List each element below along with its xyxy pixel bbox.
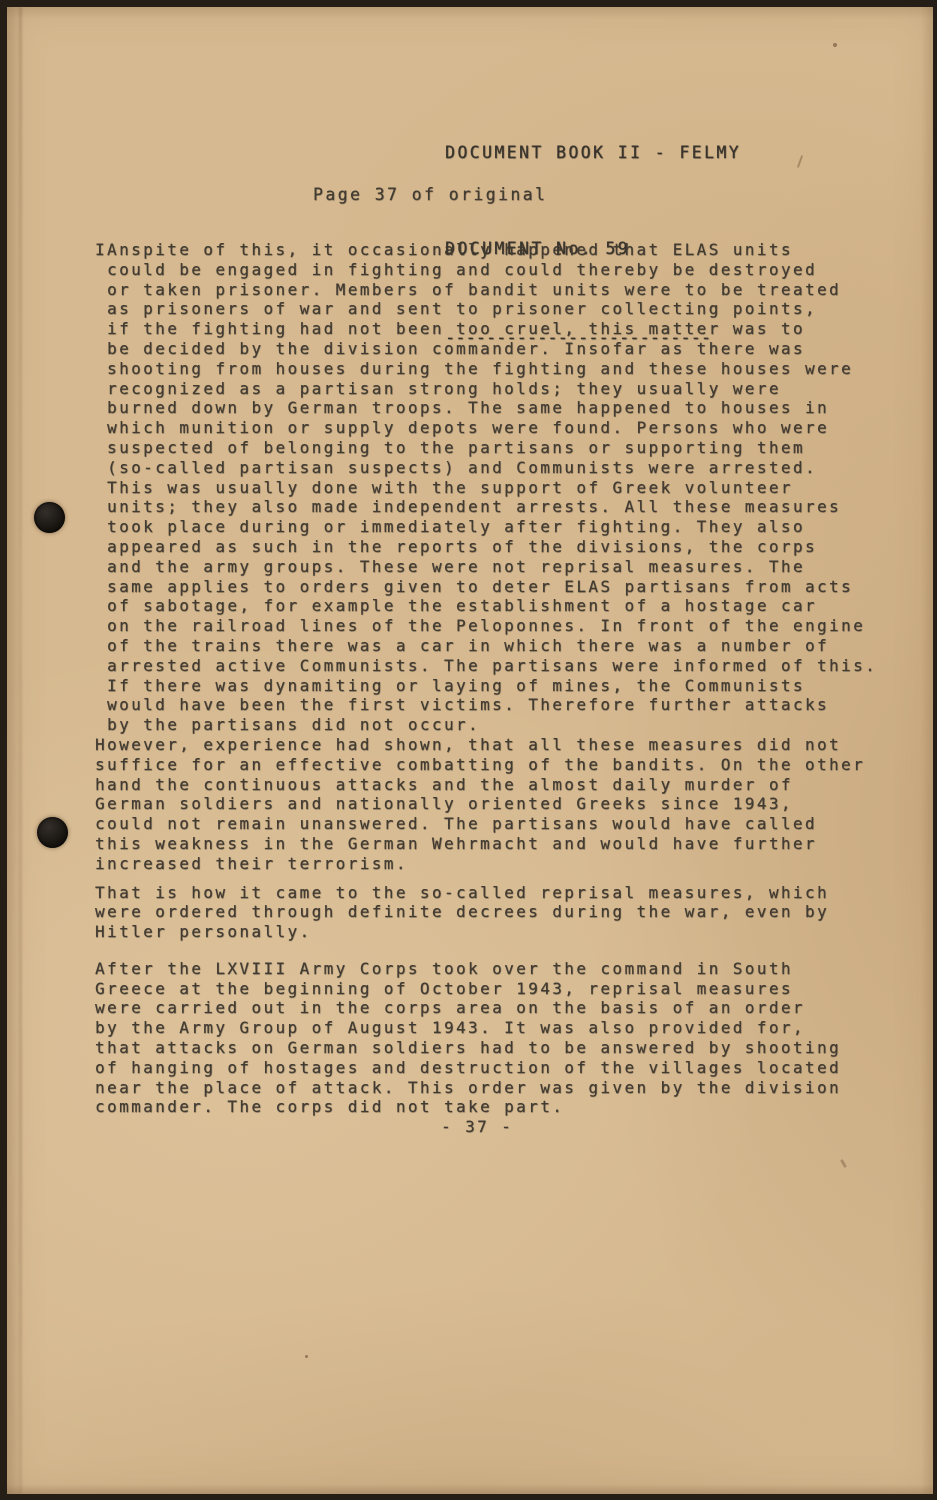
page-subtitle: Page 37 of original: [313, 185, 547, 204]
document-page: DOCUMENT BOOK II - FELMY DOCUMENT No. 59…: [7, 7, 933, 1494]
paragraph: IAnspite of this, it occasionally happen…: [95, 240, 885, 735]
paragraph: After the LXVIII Army Corps took over th…: [95, 959, 885, 1117]
paper-speck: [797, 155, 803, 168]
document-body: IAnspite of this, it occasionally happen…: [95, 240, 885, 1117]
page-number: - 37 -: [441, 1117, 513, 1136]
paper-speck: [305, 1355, 308, 1358]
paragraph: However, experience had shown, that all …: [95, 735, 885, 874]
punch-hole-bottom: [37, 817, 68, 848]
paper-speck: [833, 43, 837, 47]
paper-crease: [19, 7, 22, 1494]
document-book-title: DOCUMENT BOOK II - FELMY: [445, 137, 741, 169]
punch-hole-top: [34, 502, 65, 533]
paper-speck: [840, 1159, 847, 1168]
paragraph: That is how it came to the so-called rep…: [95, 883, 885, 942]
